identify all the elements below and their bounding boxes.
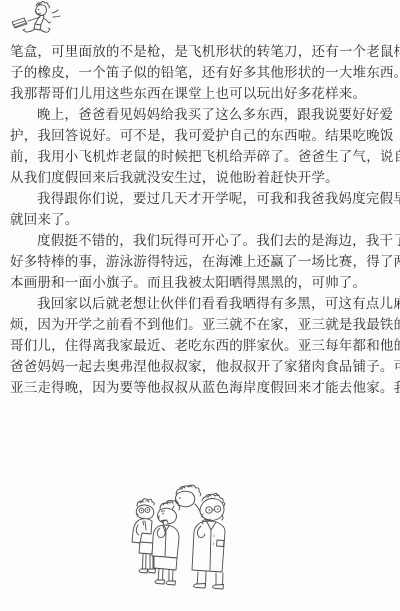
text-line: 护，我回答说好。可不是，我可爱护自己的东西啦。结果吃晚饭 (10, 125, 391, 146)
text-line: 晚上，爸爸看见妈妈给我买了这么多东西，跟我说要好好爱 (10, 104, 391, 125)
text-line: 前，我用小飞机炸老鼠的时候把飞机给弄碎了。爸爸生了气，说自 (10, 146, 391, 167)
book-page: 笔盒，可里面放的不是枪，是飞机形状的转笔刀，还有一个老鼠样 子的橡皮，一个笛子似… (0, 0, 400, 611)
text-line: 哥们儿，住得离我家最近、老吃东西的胖家伙。亚三每年都和他的 (10, 335, 391, 356)
text-line: 烦，因为开学之前看不到他们。亚三就不在家，亚三就是我最铁的 (10, 314, 391, 335)
text-line: 就回来了。 (10, 209, 391, 230)
text-line: 爸爸妈妈一起去奥弗涅他叔叔家，他叔叔开了家猪肉食品铺子。可 (10, 356, 391, 377)
text-line: 我得跟你们说，要过几天才开学呢，可我和我爸我妈度完假早 (10, 188, 391, 209)
boy-front (152, 500, 180, 585)
boy-left (132, 499, 156, 573)
text-line: 度假挺不错的，我们玩得可开心了。我们去的是海边，我干了 (10, 230, 391, 251)
text-line: 我那帮哥们儿用这些东西在课堂上也可以玩出好多花样来。 (10, 83, 391, 104)
text-line: 好多特棒的事，游泳游得特远，在海滩上还赢了一场比赛，得了两 (10, 251, 391, 272)
text-line: 子的橡皮，一个笛子似的铅笔，还有好多其他形状的一大堆东西。 (10, 62, 391, 83)
group-of-boys-illustration (130, 484, 246, 590)
text-line: 从我们度假回来后我就没安生过，说他盼着赶快开学。 (10, 167, 391, 188)
text-line: 本画册和一面小旗子。而且我被太阳晒得黑黑的，可帅了。 (10, 272, 391, 293)
text-line: 笔盒，可里面放的不是枪，是飞机形状的转笔刀，还有一个老鼠样 (10, 41, 391, 62)
text-line: 亚三走得晚，因为要等他叔叔从蓝色海岸度假回来才能去他家。我 (10, 377, 391, 398)
text-line: 我回家以后就老想让伙伴们看看我晒得有多黑，可这有点儿麻 (10, 293, 391, 314)
story-text: 笔盒，可里面放的不是枪，是飞机形状的转笔刀，还有一个老鼠样 子的橡皮，一个笛子似… (10, 41, 391, 398)
boy-right (192, 493, 225, 589)
running-boy-illustration (8, 1, 62, 39)
